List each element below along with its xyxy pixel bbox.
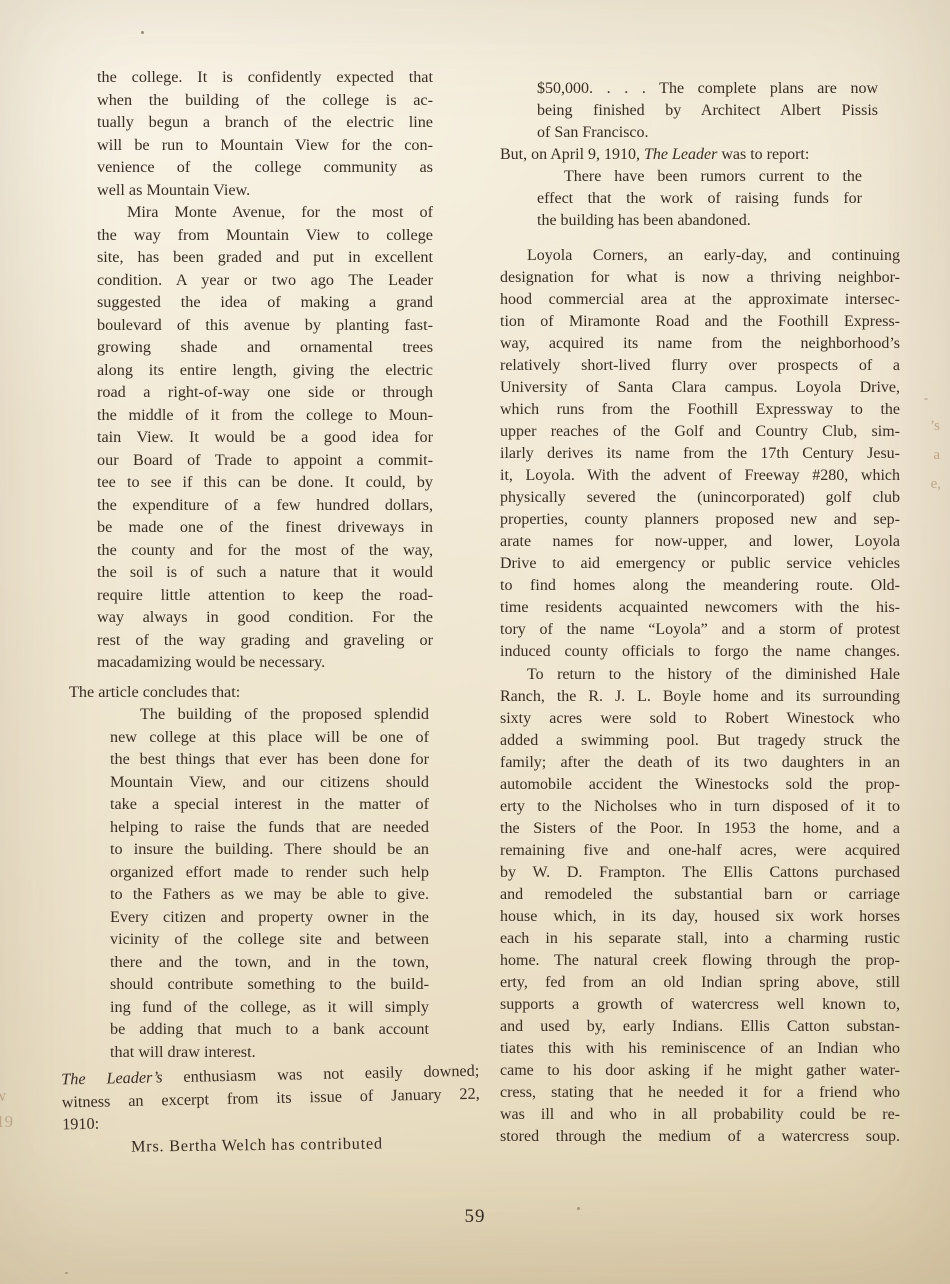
block-lead-in: The article concludes that: (69, 681, 433, 704)
text-line: Loyola Corners, an early-day, and contin… (500, 245, 900, 267)
text-line: macadamizing would be necessary. (97, 651, 433, 674)
text-line: take a special interest in the matter of (110, 793, 429, 816)
paper-speck (65, 1272, 68, 1274)
text-line: organized effort made to render such hel… (110, 861, 429, 884)
text-line: growing shade and ornamental trees (97, 336, 433, 359)
text-line: to insure the building. There should be … (110, 838, 429, 861)
text-line: properties, county planners proposed new… (500, 509, 900, 531)
show-through-text: e, (931, 476, 941, 493)
text-line: $50,000. . . . The complete plans are no… (537, 78, 878, 100)
text-line: road a right-of-way one side or through (97, 381, 433, 404)
text-line: University of Santa Clara campus. Loyola… (500, 377, 900, 399)
text-line: tion of Miramonte Road and the Foothill … (500, 311, 900, 333)
text-line: it, Loyola. With the advent of Freeway #… (500, 465, 900, 487)
text-line: way, acquired its name from the neighbor… (500, 333, 900, 355)
block-para: To return to the history of the diminish… (500, 664, 900, 1148)
text-line: remaining five and one-half acres, were … (500, 840, 900, 862)
text-line: the college. It is confidently expected … (97, 66, 433, 89)
text-line: stored through the medium of a watercres… (500, 1126, 900, 1148)
text-line: physically severed the (unincorporated) … (500, 487, 900, 509)
text-line: erty to the Nicholses who in turn dispos… (500, 796, 900, 818)
block-opening: the college. It is confidently expected … (97, 66, 433, 201)
text-line: Ranch, the R. J. L. Boyle home and its s… (500, 686, 900, 708)
text-line: to find homes along the meandering route… (500, 575, 900, 597)
text-line: the expenditure of a few hundred dollars… (97, 494, 433, 517)
text-line: Mountain View, and our citizens should (110, 771, 429, 794)
text-line: new college at this place will be one of (110, 726, 429, 749)
text-line: be adding that much to a bank account (110, 1018, 429, 1041)
text-line: the way from Mountain View to college (97, 224, 433, 247)
text-line: way always in good condition. For the (97, 606, 433, 629)
text-line: ing fund of the college, as it will simp… (110, 996, 429, 1019)
text-line: the soil is of such a nature that it wou… (97, 561, 433, 584)
text-line: the Sisters of the Poor. In 1953 the hom… (500, 818, 900, 840)
block-quote: The building of the proposed splendidnew… (97, 703, 433, 1063)
text-line: sixty acres were sold to Robert Winestoc… (500, 708, 900, 730)
block-quote-cont: $50,000. . . . The complete plans are no… (500, 78, 900, 144)
text-line: when the building of the college is ac- (97, 89, 433, 112)
text-line: hood commercial area at the approximate … (500, 289, 900, 311)
text-line: vicinity of the college site and between (110, 928, 429, 951)
paper-speck (141, 31, 144, 34)
text-line: site, has been graded and put in excelle… (97, 246, 433, 269)
text-line: designation for what is now a thriving n… (500, 267, 900, 289)
text-line: the middle of it from the college to Mou… (97, 404, 433, 427)
text-line: Mira Monte Avenue, for the most of (97, 201, 433, 224)
text-line: effect that the work of raising funds fo… (537, 188, 862, 210)
text-line: should contribute something to the build… (110, 973, 429, 996)
text-line: well as Mountain View. (97, 179, 433, 202)
text-line: To return to the history of the diminish… (500, 664, 900, 686)
text-line: tiates this with his reminiscence of an … (500, 1038, 900, 1060)
text-line: The building of the proposed splendid (110, 703, 429, 726)
show-through-text: a (933, 447, 940, 464)
text-line: will be run to Mountain View for the con… (97, 134, 433, 157)
text-line: the county and for the most of the way, (97, 539, 433, 562)
text-line: tually begun a branch of the electric li… (97, 111, 433, 134)
text-line: house which, in its day, housed six work… (500, 906, 900, 928)
text-line: erty, fed from an old Indian spring abov… (500, 972, 900, 994)
text-line: family; after the death of its two daugh… (500, 752, 900, 774)
text-line: tory of the name “Loyola” and a storm of… (500, 619, 900, 641)
text-line: time residents acquainted newcomers with… (500, 597, 900, 619)
text-line: home. The natural creek flowing through … (500, 950, 900, 972)
show-through-text: ’s (930, 418, 940, 435)
text-line: each in his separate stall, into a charm… (500, 928, 900, 950)
text-line: along its entire length, giving the elec… (97, 359, 433, 382)
text-line: and used by, early Indians. Ellis Catton… (500, 1016, 900, 1038)
text-line: automobile accident the Winestocks sold … (500, 774, 900, 796)
text-line: upper reaches of the Golf and Country Cl… (500, 421, 900, 443)
right-column: $50,000. . . . The complete plans are no… (500, 78, 900, 1148)
show-through-text: w (0, 1086, 6, 1106)
text-line: boulevard of this avenue by planting fas… (97, 314, 433, 337)
block-quote: There have been rumors current to theeff… (500, 166, 900, 232)
text-line: of San Francisco. (537, 122, 878, 144)
text-line: arate names for now-upper, and lower, Lo… (500, 531, 900, 553)
text-line: Mrs. Bertha Welch has contributed (131, 1132, 391, 1158)
text-line: ilarly derives its name from the 17th Ce… (500, 443, 900, 465)
text-line: require little attention to keep the roa… (97, 584, 433, 607)
text-line: helping to raise the funds that are need… (110, 816, 429, 839)
text-line: being finished by Architect Albert Pissi… (537, 100, 878, 122)
block-attribution: Mrs. Bertha Welch has contributed (131, 1132, 391, 1158)
text-line: Every citizen and property owner in the (110, 906, 429, 929)
text-line: to the Fathers as we may be able to give… (110, 883, 429, 906)
text-line: tain View. It would be a good idea for (97, 426, 433, 449)
text-line: be made one of the finest driveways in (97, 516, 433, 539)
page-number: 59 (439, 1206, 511, 1228)
text-line: Drive to aid emergency or public service… (500, 553, 900, 575)
text-line: rest of the way grading and graveling or (97, 629, 433, 652)
text-line: the building has been abandoned. (537, 210, 862, 232)
text-line: cress, stating that he needed it for a f… (500, 1082, 900, 1104)
book-page: the college. It is confidently expected … (0, 0, 950, 1284)
block-tilted: The Leader’s enthusiasm was not easily d… (61, 1060, 480, 1136)
text-line: by W. D. Frampton. The Ellis Cattons pur… (500, 862, 900, 884)
text-line: came to his door asking if he might gath… (500, 1060, 900, 1082)
text-line: the best things that ever has been done … (110, 748, 429, 771)
text-line: relatively short-lived flurry over prosp… (500, 355, 900, 377)
paper-speck (924, 398, 928, 400)
block-report-line: But, on April 9, 1910, The Leader was to… (500, 144, 900, 166)
text-line: our Board of Trade to appoint a commit- (97, 449, 433, 472)
left-column: the college. It is confidently expected … (97, 66, 433, 1156)
text-line: added a swimming pool. But tragedy struc… (500, 730, 900, 752)
text-line: there and the town, and in the town, (110, 951, 429, 974)
show-through-text: 19 (0, 1112, 13, 1132)
text-line: and remodeled the substantial barn or ca… (500, 884, 900, 906)
text-line: The article concludes that: (69, 681, 433, 704)
text-line: supports a growth of watercress well kno… (500, 994, 900, 1016)
text-line: suggested the idea of making a grand (97, 291, 433, 314)
paper-speck (577, 1207, 580, 1210)
text-line: induced county officials to forgo the na… (500, 641, 900, 663)
text-line: which runs from the Foothill Expressway … (500, 399, 900, 421)
block-para-gap: Loyola Corners, an early-day, and contin… (500, 245, 900, 663)
text-line: that will draw interest. (110, 1041, 429, 1064)
block-para: Mira Monte Avenue, for the most ofthe wa… (97, 201, 433, 674)
text-line: tee to see if this can be done. It could… (97, 471, 433, 494)
text-line: condition. A year or two ago The Leader (97, 269, 433, 292)
text-line: venience of the college community as (97, 156, 433, 179)
text-line: was ill and who in all probability could… (500, 1104, 900, 1126)
text-line: There have been rumors current to the (537, 166, 862, 188)
text-line: But, on April 9, 1910, The Leader was to… (500, 144, 900, 166)
